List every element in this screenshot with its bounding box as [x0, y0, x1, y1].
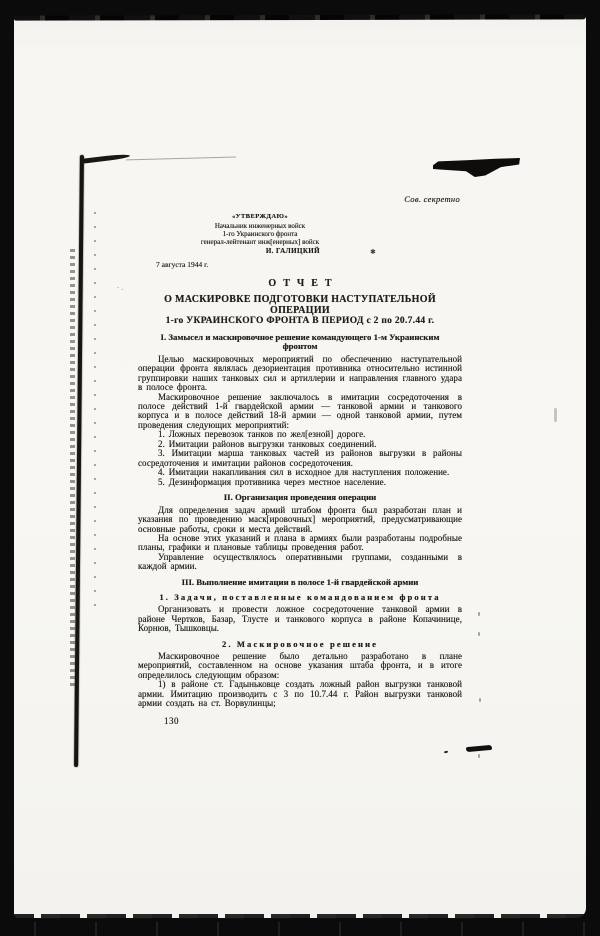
approval-org-line: генерал-лейтенант инж[енерных] войск — [174, 239, 346, 247]
dotted-artifact — [478, 632, 480, 636]
paragraph: Целью маскировочных мероприятий по обесп… — [138, 355, 462, 393]
subsection-heading-tasks: 1. Задачи, поставленные командованием фр… — [138, 592, 462, 602]
approval-date: 7 августа 1944 г. — [156, 260, 462, 269]
paragraph: Маскировочное решение было детально разр… — [138, 652, 462, 680]
paragraph: Организовать и провести ложное сосредото… — [138, 605, 462, 633]
right-margin-smudge — [554, 408, 557, 422]
page-bottom-edge-shadow — [14, 914, 586, 919]
dotted-artifact — [478, 754, 480, 758]
document-subtitle-line2: 1-го УКРАИНСКОГО ФРОНТА В ПЕРИОД с 2 по … — [138, 316, 462, 327]
paragraph: Управление осуществлялось оперативными г… — [138, 553, 462, 572]
page-number: 130 — [164, 716, 462, 726]
gutter-microtext-artifact — [70, 248, 75, 686]
ink-blot-mark — [433, 158, 520, 177]
binding-edge-hook-mark — [80, 153, 130, 164]
left-margin-speck: ·. — [117, 284, 125, 292]
gutter-speck-column — [94, 206, 96, 606]
binding-edge-faint-tail — [126, 157, 236, 161]
paragraph: 1) в районе ст. Гадыньковце создать ложн… — [138, 680, 462, 708]
document-page: ✱ ·. Сов. секретно «УТВЕРЖДАЮ» Начальник… — [14, 16, 586, 918]
section-heading-2: II. Организация проведения операции — [150, 493, 450, 503]
approval-block: «УТВЕРЖДАЮ» Начальник инженерных войск 1… — [174, 213, 346, 256]
approval-signature: И. ГАЛИЦКИЙ — [174, 248, 346, 256]
paragraph: На основе этих указаний и плана в армиях… — [138, 534, 462, 553]
section-heading-1: I. Замысел и маскировочное решение коман… — [150, 333, 450, 352]
section-heading-3: III. Выполнение имитации в полосе 1-й гв… — [150, 578, 450, 588]
dotted-artifact — [478, 612, 480, 616]
classification-marking: Сов. секретно — [138, 194, 462, 204]
ink-dash-mark — [466, 745, 492, 752]
subsection-heading-masking-decision: 2. Маскировочное решение — [138, 639, 462, 649]
document-content: Сов. секретно «УТВЕРЖДАЮ» Начальник инже… — [138, 194, 462, 726]
page-top-edge-shadow — [14, 14, 586, 20]
paragraph: Маскировочное решение заключалось в имит… — [138, 393, 462, 431]
ink-dot-mark — [444, 751, 448, 754]
list-item: 3. Имитации марша танковых частей из рай… — [138, 449, 462, 468]
approval-stamp-label: «УТВЕРЖДАЮ» — [174, 213, 346, 221]
list-item: 5. Дезинформация противника через местно… — [138, 478, 462, 487]
scan-background: ✱ ·. Сов. секретно «УТВЕРЖДАЮ» Начальник… — [0, 0, 600, 936]
dotted-artifact — [479, 698, 481, 702]
paragraph: Для определения задач армий штабом фронт… — [138, 506, 462, 534]
binding-edge-line — [74, 155, 84, 767]
document-title: ОТЧЕТ — [138, 278, 462, 289]
document-subtitle-line1: О МАСКИРОВКЕ ПОДГОТОВКИ НАСТУПАТЕЛЬНОЙ О… — [138, 294, 462, 316]
